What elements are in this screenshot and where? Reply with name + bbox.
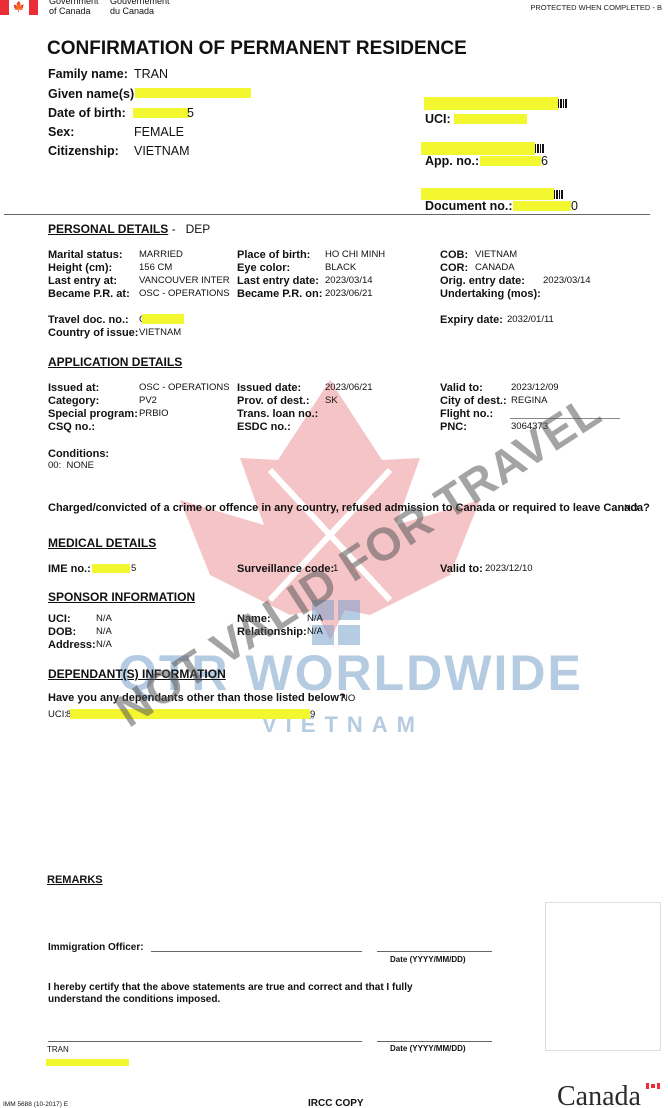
redaction-dob xyxy=(133,108,189,118)
travel-doc-label: Travel doc. no.: xyxy=(48,314,129,326)
country-of-issue-label: Country of issue: xyxy=(48,327,138,339)
dependant-uci-label: UCI: xyxy=(48,709,67,720)
document-no-label: Document no.: xyxy=(425,199,513,213)
issued-date-value: 2023/06/21 xyxy=(325,382,373,393)
family-name-value: TRAN xyxy=(134,67,168,81)
redaction-ime xyxy=(92,564,130,573)
uci-label: UCI: xyxy=(425,112,451,126)
issued-date-label: Issued date: xyxy=(237,382,301,394)
height-value: 156 CM xyxy=(139,262,172,273)
citizenship-value: VIETNAM xyxy=(134,144,190,158)
officer-label: Immigration Officer: xyxy=(48,942,144,953)
certify-text: I hereby certify that the above statemen… xyxy=(48,982,468,1006)
photo-box xyxy=(545,902,661,1051)
sponsor-address-value: N/A xyxy=(96,639,112,650)
personal-section-suffix: - DEP xyxy=(168,222,210,236)
pnc-label: PNC: xyxy=(440,421,467,433)
sex-label: Sex: xyxy=(48,125,74,139)
sponsor-address-label: Address: xyxy=(48,639,96,651)
dob-visible: 5 xyxy=(187,106,194,120)
officer-signature-line[interactable] xyxy=(151,951,362,952)
last-entry-at-value: VANCOUVER INTER xyxy=(139,275,230,286)
applicant-date-line[interactable] xyxy=(377,1041,492,1042)
dependants-section-title: DEPENDANT(S) INFORMATION xyxy=(48,667,226,681)
doc-barcode-icon xyxy=(554,190,563,199)
csq-label: CSQ no.: xyxy=(48,421,95,433)
flight-label: Flight no.: xyxy=(440,408,493,420)
redaction-app-no xyxy=(480,156,541,166)
category-label: Category: xyxy=(48,395,99,407)
citizenship-label: Citizenship: xyxy=(48,144,119,158)
criminality-question: Charged/convicted of a crime or offence … xyxy=(48,502,650,514)
city-dest-value: REGINA xyxy=(511,395,547,406)
last-entry-at-label: Last entry at: xyxy=(48,275,117,287)
redaction-uci-barcode xyxy=(424,97,558,110)
eye-color-value: BLACK xyxy=(325,262,356,273)
flight-no-line xyxy=(510,418,620,419)
special-program-value: PRBIO xyxy=(139,408,169,419)
height-label: Height (cm): xyxy=(48,262,112,274)
sponsor-section-title: SPONSOR INFORMATION xyxy=(48,590,195,604)
city-dest-label: City of dest.: xyxy=(440,395,507,407)
orig-entry-date-label: Orig. entry date: xyxy=(440,275,525,287)
conditions-label: Conditions: xyxy=(48,448,109,460)
place-of-birth-label: Place of birth: xyxy=(237,249,310,261)
canada-wordmark-flag-icon xyxy=(646,1083,660,1089)
page-title: CONFIRMATION OF PERMANENT RESIDENCE xyxy=(47,38,467,60)
copy-label: IRCC COPY xyxy=(308,1098,364,1108)
sponsor-uci-value: N/A xyxy=(96,613,112,624)
sponsor-relationship-label: Relationship: xyxy=(237,626,307,638)
given-names-label: Given name(s): xyxy=(48,87,138,101)
sponsor-uci-label: UCI: xyxy=(48,613,71,625)
sponsor-name-value: N/A xyxy=(307,613,323,624)
criminality-answer: NO xyxy=(624,503,638,514)
became-pr-at-label: Became P.R. at: xyxy=(48,288,130,300)
divider xyxy=(4,214,650,215)
applicant-signature-line[interactable] xyxy=(48,1041,362,1042)
medical-section-title: MEDICAL DETAILS xyxy=(48,536,156,550)
redaction-uci xyxy=(454,114,527,124)
redaction-dependant-uci xyxy=(70,709,310,719)
issued-at-value: OSC - OPERATIONS xyxy=(139,382,230,393)
sex-value: FEMALE xyxy=(134,125,184,139)
eye-color-label: Eye color: xyxy=(237,262,290,274)
cor-value: CANADA xyxy=(475,262,515,273)
sponsor-dob-label: DOB: xyxy=(48,626,76,638)
medical-valid-to-label: Valid to: xyxy=(440,563,483,575)
personal-section-heading: PERSONAL DETAILS - DEP xyxy=(48,222,210,236)
expiry-date-value: 2032/01/11 xyxy=(507,314,554,325)
dependants-answer: NO xyxy=(341,693,355,704)
remarks-section-title: REMARKS xyxy=(47,874,103,886)
app-no-visible: 6 xyxy=(541,154,548,168)
sponsor-name-label: Name: xyxy=(237,613,271,625)
cob-label: COB: xyxy=(440,249,468,261)
applicant-date-label: Date (YYYY/MM/DD) xyxy=(390,1044,466,1053)
marital-status-value: MARRIED xyxy=(139,249,183,260)
form-code: IMM 5688 (10-2017) E xyxy=(3,1101,68,1108)
marital-status-label: Marital status: xyxy=(48,249,123,261)
became-pr-on-value: 2023/06/21 xyxy=(325,288,373,299)
document-no-visible: 0 xyxy=(571,199,578,213)
country-of-issue-value: VIETNAM xyxy=(139,327,181,338)
sponsor-dob-value: N/A xyxy=(96,626,112,637)
officer-date-line[interactable] xyxy=(377,951,492,952)
esdc-label: ESDC no.: xyxy=(237,421,291,433)
signer-name: TRAN xyxy=(47,1045,69,1054)
prov-dest-label: Prov. of dest.: xyxy=(237,395,310,407)
cor-label: COR: xyxy=(440,262,468,274)
medical-valid-to-value: 2023/12/10 xyxy=(485,563,533,574)
last-entry-date-value: 2023/03/14 xyxy=(325,275,373,286)
surveillance-label: Surveillance code: xyxy=(237,563,334,575)
app-no-label: App. no.: xyxy=(425,154,479,168)
valid-to-value: 2023/12/09 xyxy=(511,382,559,393)
redaction-travel-doc xyxy=(142,314,184,324)
redaction-given-names xyxy=(135,88,251,98)
family-name-label: Family name: xyxy=(48,67,128,81)
ime-visible: 5 xyxy=(131,563,136,574)
ime-label: IME no.: xyxy=(48,563,91,575)
application-section-title: APPLICATION DETAILS xyxy=(48,355,182,369)
last-entry-date-label: Last entry date: xyxy=(237,275,319,287)
surveillance-value: 1 xyxy=(333,563,338,574)
place-of-birth-value: HO CHI MINH xyxy=(325,249,385,260)
category-value: PV2 xyxy=(139,395,157,406)
valid-to-label: Valid to: xyxy=(440,382,483,394)
redaction-signer-given-names xyxy=(46,1059,129,1066)
dependants-question: Have you any dependants other than those… xyxy=(48,692,346,704)
cob-value: VIETNAM xyxy=(475,249,517,260)
pnc-value: 3064373 xyxy=(511,421,548,432)
canada-wordmark: Canada xyxy=(557,1083,641,1108)
personal-section-title: PERSONAL DETAILS xyxy=(48,222,168,236)
officer-date-label: Date (YYYY/MM/DD) xyxy=(390,955,466,964)
issued-at-label: Issued at: xyxy=(48,382,99,394)
expiry-date-label: Expiry date: xyxy=(440,314,503,326)
dob-label: Date of birth: xyxy=(48,106,126,120)
undertaking-label: Undertaking (mos): xyxy=(440,288,541,300)
conditions-value: 00: NONE xyxy=(48,460,94,471)
became-pr-on-label: Became P.R. on: xyxy=(237,288,322,300)
prov-dest-value: SK xyxy=(325,395,338,406)
uci-barcode-icon xyxy=(558,99,567,108)
special-program-label: Special program: xyxy=(48,408,138,420)
trans-loan-label: Trans. loan no.: xyxy=(237,408,318,420)
became-pr-at-value: OSC - OPERATIONS xyxy=(139,288,230,299)
dependant-uci-suffix: 9 xyxy=(310,709,315,720)
sponsor-relationship-value: N/A xyxy=(307,626,323,637)
orig-entry-date-value: 2023/03/14 xyxy=(543,275,591,286)
app-barcode-icon xyxy=(535,144,544,153)
redaction-document-no xyxy=(513,201,571,211)
